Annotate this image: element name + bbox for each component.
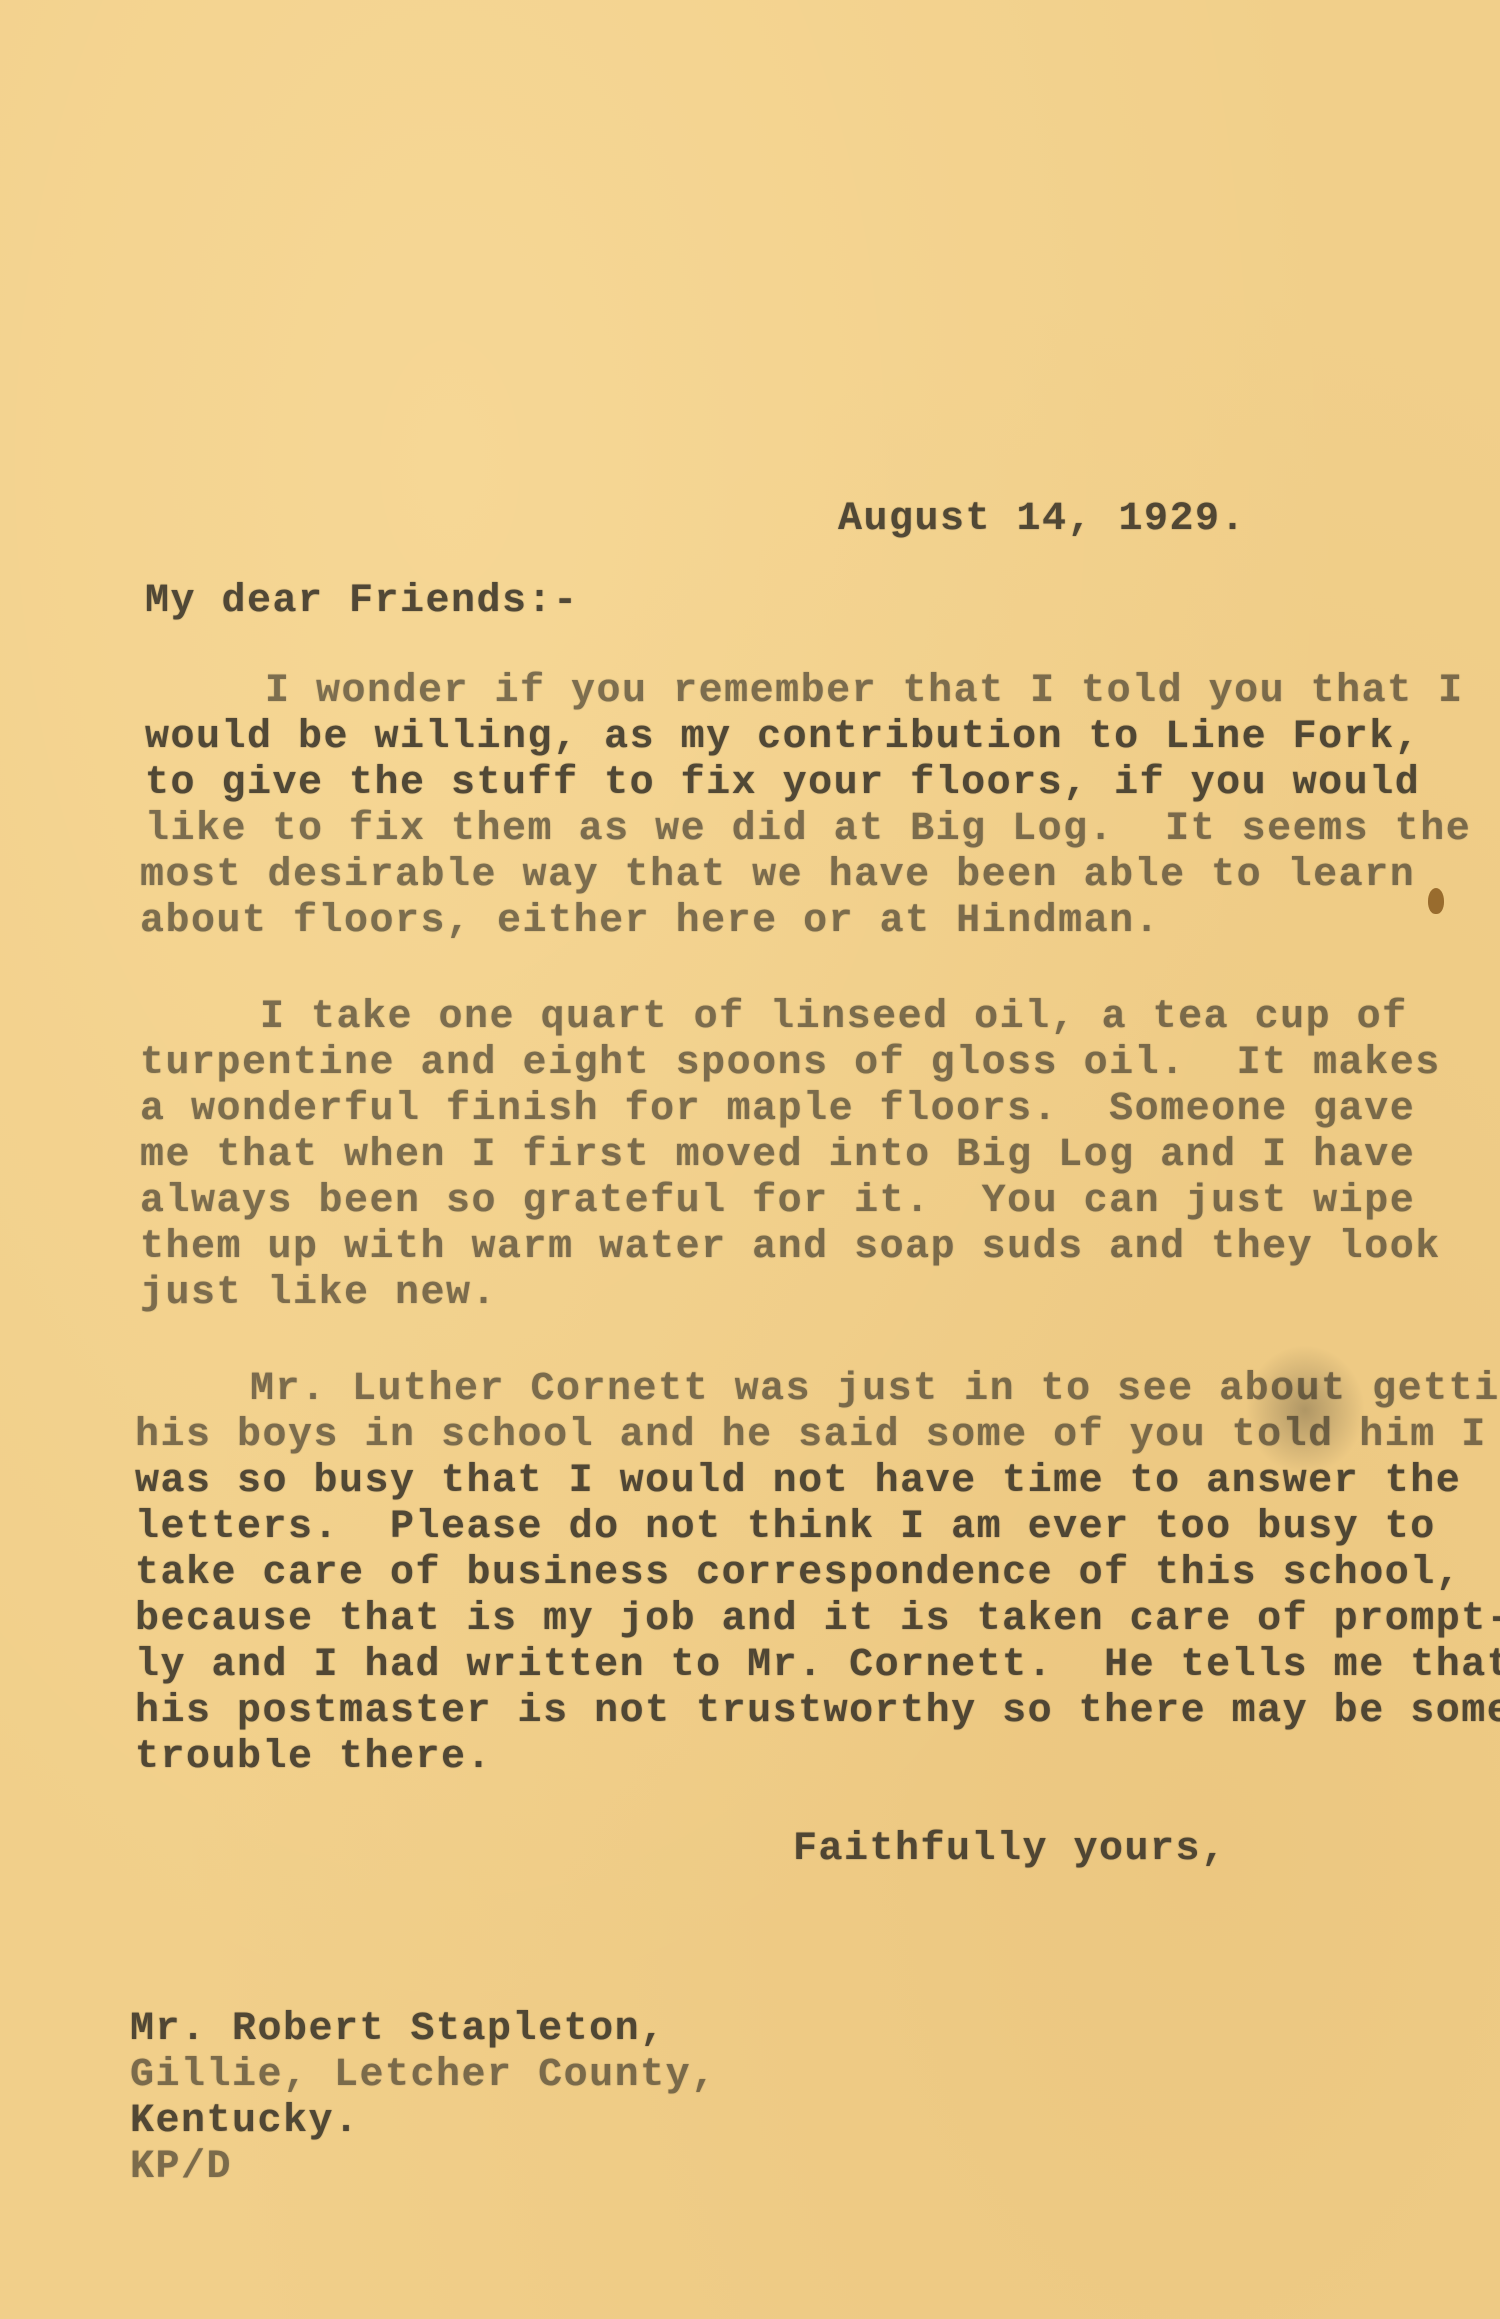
paragraph-2-line: I take one quart of linseed oil, a tea c… xyxy=(260,998,1408,1038)
paragraph-3-line: was so busy that I would not have time t… xyxy=(135,1462,1461,1502)
closing: Faithfully yours, xyxy=(793,1830,1227,1870)
paragraph-2-line: a wonderful finish for maple floors. Som… xyxy=(140,1090,1415,1130)
letter-page: August 14, 1929. My dear Friends:- I won… xyxy=(0,0,1500,2319)
paragraph-2-line: just like new. xyxy=(140,1274,497,1314)
paragraph-3-line: Mr. Luther Cornett was just in to see ab… xyxy=(250,1370,1500,1410)
recipient-line: Kentucky. xyxy=(130,2102,360,2142)
paragraph-3-line: take care of business correspondence of … xyxy=(135,1554,1461,1594)
paragraph-3-line: ly and I had written to Mr. Cornett. He … xyxy=(135,1646,1500,1686)
paragraph-2-line: turpentine and eight spoons of gloss oil… xyxy=(140,1044,1441,1084)
paragraph-2-line: me that when I first moved into Big Log … xyxy=(140,1136,1415,1176)
paragraph-3-line: because that is my job and it is taken c… xyxy=(135,1600,1500,1640)
recipient-line: Gillie, Letcher County, xyxy=(130,2056,717,2096)
paragraph-2-line: always been so grateful for it. You can … xyxy=(140,1182,1415,1222)
paragraph-3-line: his postmaster is not trustworthy so the… xyxy=(135,1692,1500,1732)
letter-date: August 14, 1929. xyxy=(838,500,1246,540)
paragraph-3-line: letters. Please do not think I am ever t… xyxy=(135,1508,1436,1548)
paragraph-1-line: to give the stuff to fix your floors, if… xyxy=(145,764,1420,804)
paragraph-3-line: trouble there. xyxy=(135,1738,492,1778)
paragraph-1-line: like to fix them as we did at Big Log. I… xyxy=(145,810,1471,850)
salutation: My dear Friends:- xyxy=(145,582,579,622)
paragraph-1-line: would be willing, as my contribution to … xyxy=(145,718,1420,758)
paragraph-1-line: about floors, either here or at Hindman. xyxy=(140,902,1160,942)
recipient-line: Mr. Robert Stapleton, xyxy=(130,2010,666,2050)
paragraph-3-line: his boys in school and he said some of y… xyxy=(135,1416,1487,1456)
paragraph-1-line: I wonder if you remember that I told you… xyxy=(265,672,1464,712)
paragraph-1-line: most desirable way that we have been abl… xyxy=(140,856,1415,896)
paragraph-2-line: them up with warm water and soap suds an… xyxy=(140,1228,1441,1268)
initials: KP/D xyxy=(130,2148,232,2188)
ink-spot xyxy=(1428,888,1444,914)
